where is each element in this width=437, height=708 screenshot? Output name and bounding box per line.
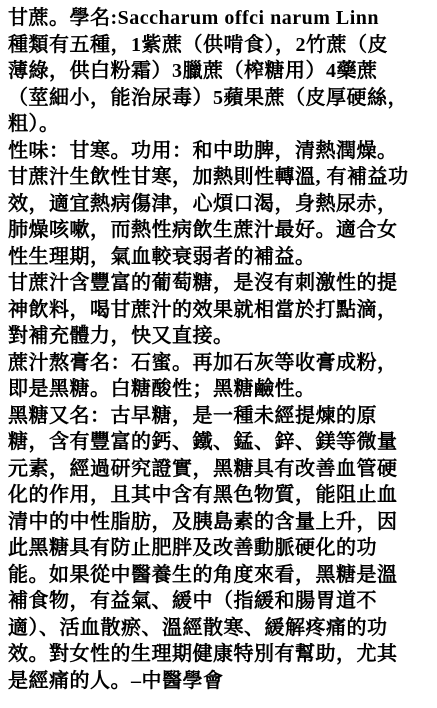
text-line: 此黑糖具有防止肥胖及改善動脈硬化的功 <box>8 535 429 562</box>
text-line: 化的作用，且其中含有黑色物質，能阻止血 <box>8 482 429 509</box>
text-line: 性生理期，氣血較衰弱者的補益。 <box>8 244 429 271</box>
text-line: 甘蔗。學名:Saccharum offci narum Linn <box>8 5 429 32</box>
text-line: 即是黑糖。白糖酸性；黑糖鹼性。 <box>8 376 429 403</box>
text-line: 對補充體力，快又直接。 <box>8 323 429 350</box>
text-line: 效。對女性的生理期健康特別有幫助，尤其 <box>8 641 429 668</box>
text-line: 黑糖又名：古早糖，是一種未經提煉的原 <box>8 403 429 430</box>
text-line: 蔗汁熬膏名：石蜜。再加石灰等收膏成粉， <box>8 350 429 377</box>
text-line: 甘蔗汁含豐富的葡萄糖，是沒有刺激性的提 <box>8 270 429 297</box>
text-line: 效，適宜熱病傷津，心煩口渴，身熱尿赤， <box>8 191 429 218</box>
text-line: 是經痛的人。–中醫學會 <box>8 668 429 695</box>
text-line: 粗）。 <box>8 111 429 138</box>
text-line: 肺燥咳嗽，而熱性病飲生蔗汁最好。適合女 <box>8 217 429 244</box>
text-line: 性味：甘寒。功用：和中助脾，清熱潤燥。 <box>8 138 429 165</box>
text-line: 甘蔗汁生飲性甘寒，加熱則性轉溫, 有補益功 <box>8 164 429 191</box>
text-line: 薄綠，供白粉霜）3臘蔗（榨糖用）4藥蔗 <box>8 58 429 85</box>
text-line: 種類有五種，1紫蔗（供啃食），2竹蔗（皮 <box>8 32 429 59</box>
text-line: 補食物，有益氣、緩中（指緩和腸胃道不 <box>8 588 429 615</box>
text-line: 糖，含有豐富的鈣、鐵、錳、鋅、鎂等微量 <box>8 429 429 456</box>
text-line: 元素，經過研究證實，黑糖具有改善血管硬 <box>8 456 429 483</box>
text-line: 適）、活血散瘀、溫經散寒、緩解疼痛的功 <box>8 615 429 642</box>
text-line: 清中的中性脂肪，及胰島素的含量上升，因 <box>8 509 429 536</box>
text-line: 神飲料，喝甘蔗汁的效果就相當於打點滴， <box>8 297 429 324</box>
text-line: 能。如果從中醫養生的角度來看，黑糖是溫 <box>8 562 429 589</box>
text-line: （莖細小，能治尿毒）5蘋果蔗（皮厚硬絲， <box>8 85 429 112</box>
document-page: 甘蔗。學名:Saccharum offci narum Linn 種類有五種，1… <box>0 0 437 708</box>
